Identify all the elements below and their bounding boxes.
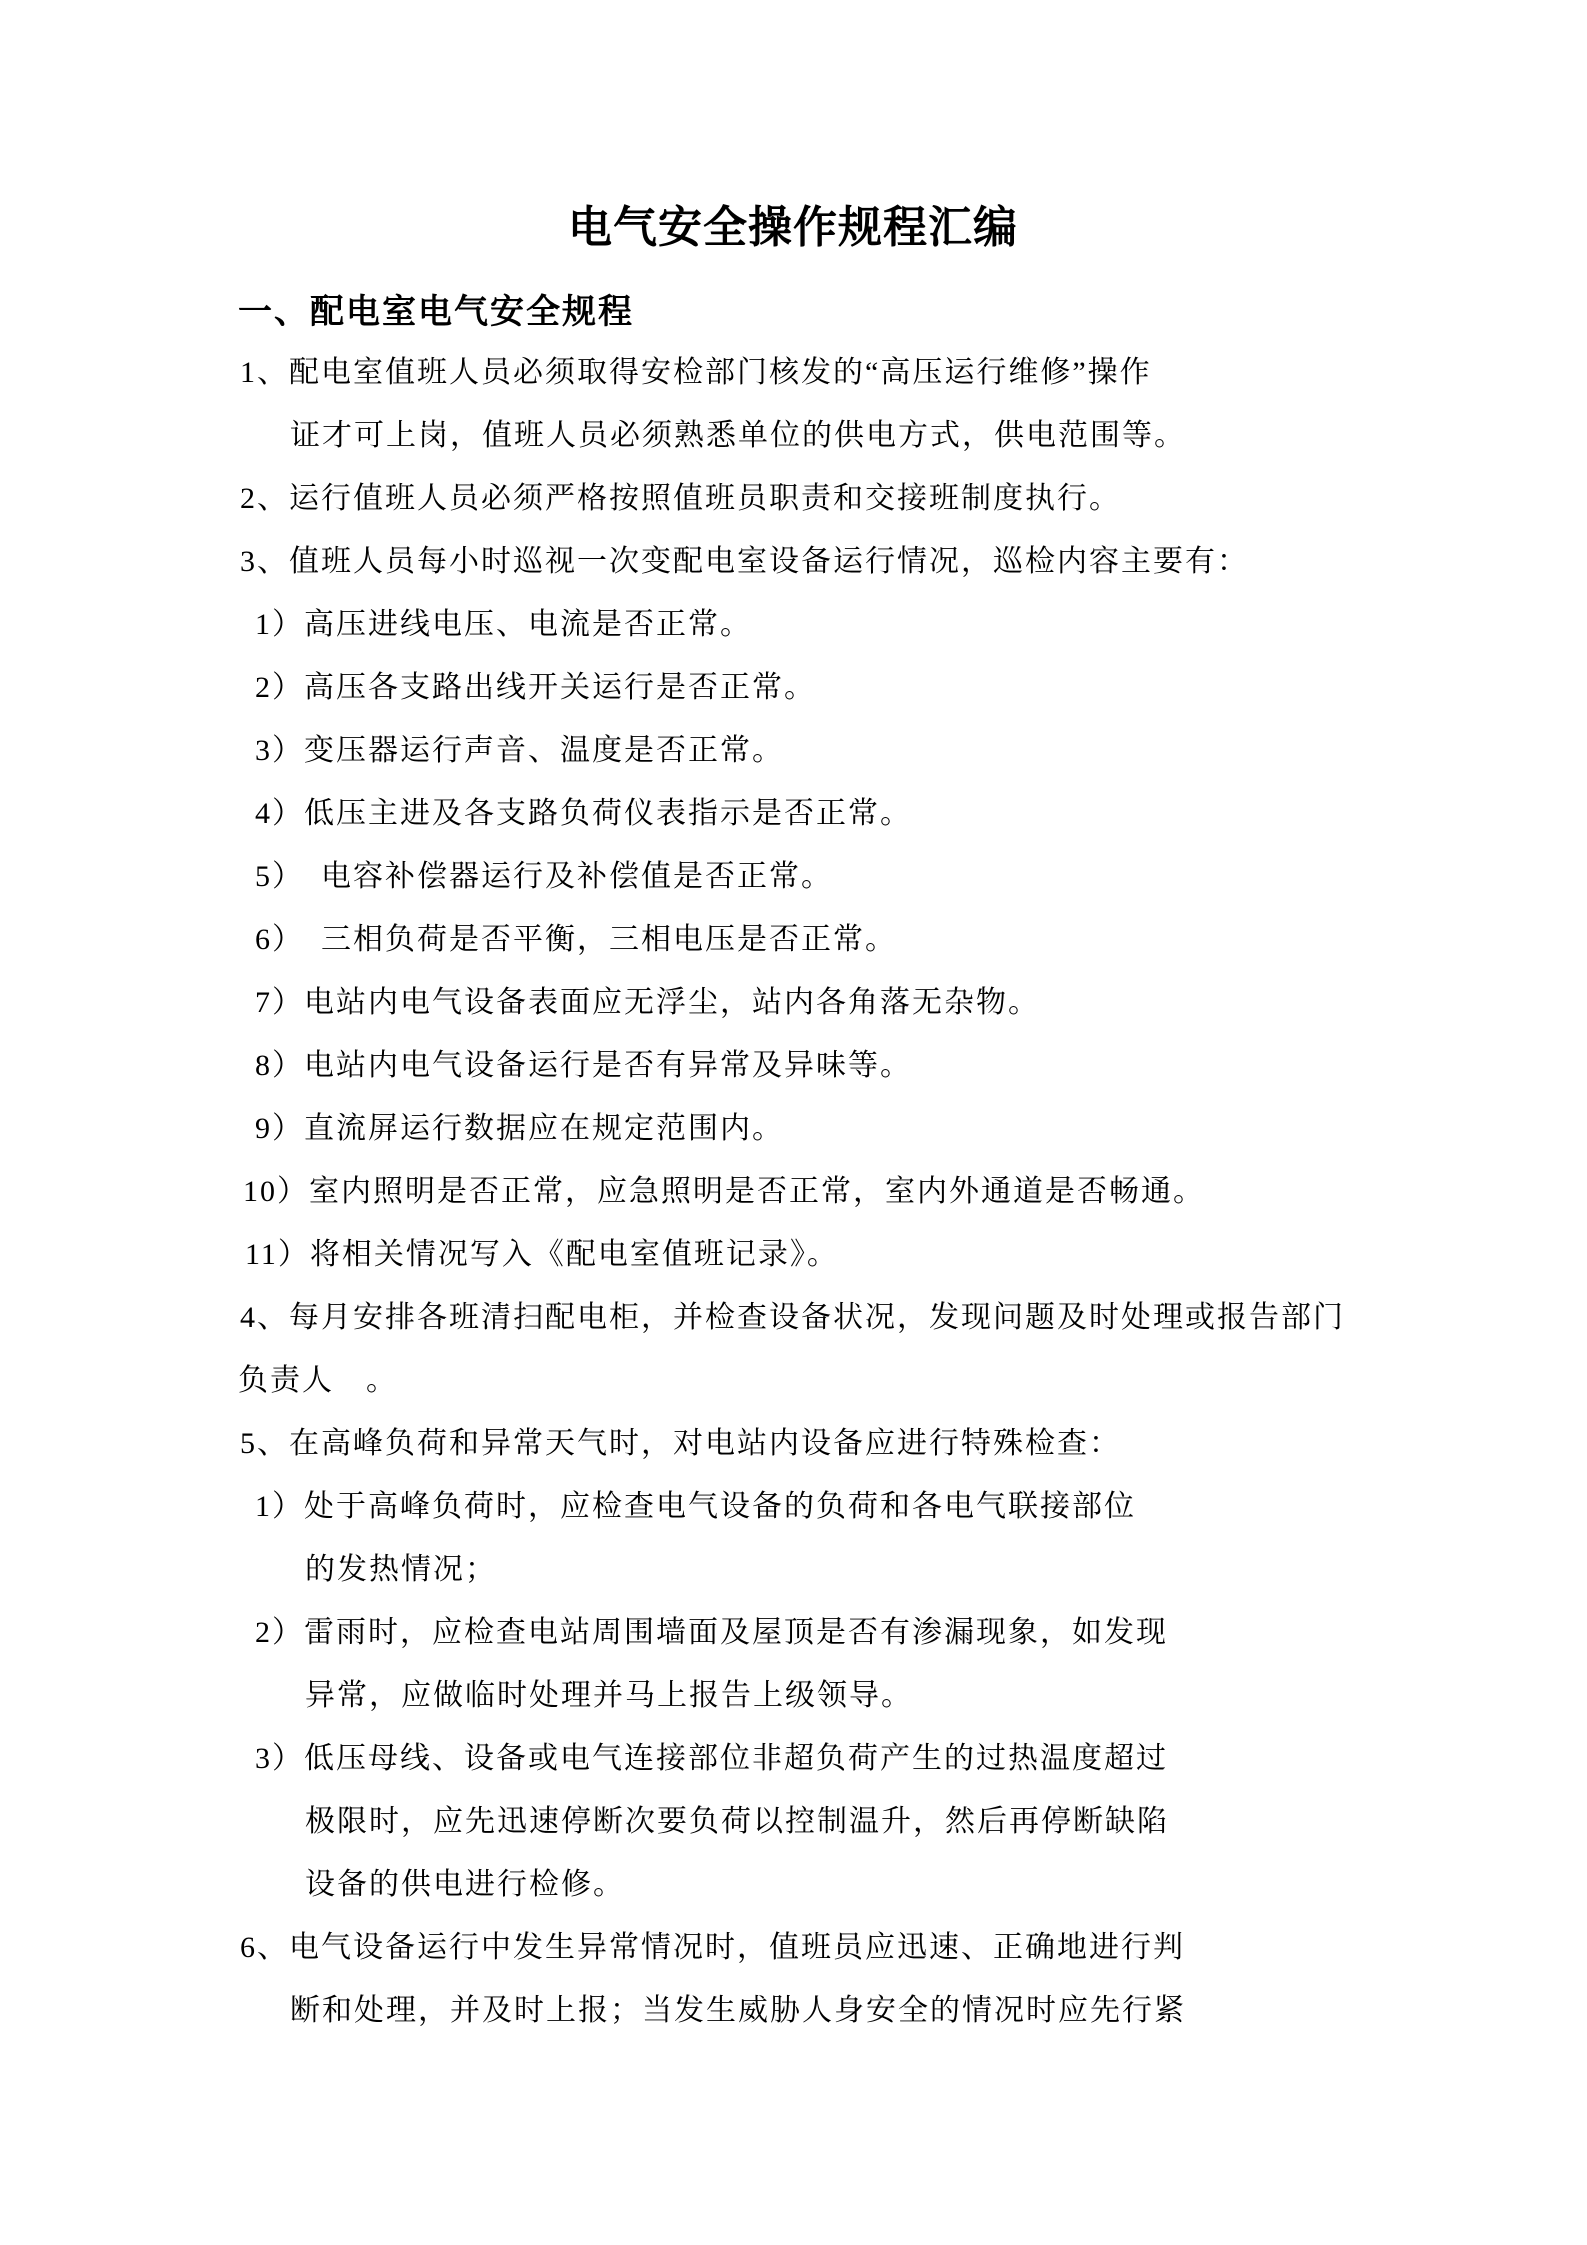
doc-line: 设备的供电进行检修。 (238, 1853, 1348, 1916)
doc-line: 1）高压进线电压、电流是否正常。 (238, 593, 1348, 656)
doc-line: 断和处理，并及时上报；当发生威胁人身安全的情况时应先行紧 (238, 1979, 1348, 2042)
doc-line: 6） 三相负荷是否平衡，三相电压是否正常。 (238, 908, 1348, 971)
doc-line: 11）将相关情况写入《配电室值班记录》。 (238, 1223, 1348, 1286)
doc-line: 负责人 。 (238, 1349, 1348, 1412)
doc-line: 6、电气设备运行中发生异常情况时，值班员应迅速、正确地进行判 (238, 1916, 1348, 1979)
doc-line: 极限时，应先迅速停断次要负荷以控制温升，然后再停断缺陷 (238, 1790, 1348, 1853)
document-page: 电气安全操作规程汇编 一、配电室电气安全规程 1、配电室值班人员必须取得安检部门… (0, 0, 1587, 2245)
doc-line: 证才可上岗，值班人员必须熟悉单位的供电方式，供电范围等。 (238, 404, 1348, 467)
doc-line: 8）电站内电气设备运行是否有异常及异味等。 (238, 1034, 1348, 1097)
doc-line: 2、运行值班人员必须严格按照值班员职责和交接班制度执行。 (238, 467, 1348, 530)
doc-line: 3、值班人员每小时巡视一次变配电室设备运行情况，巡检内容主要有： (238, 530, 1348, 593)
doc-line: 1、配电室值班人员必须取得安检部门核发的“高压运行维修”操作 (238, 341, 1348, 404)
doc-line: 3）低压母线、设备或电气连接部位非超负荷产生的过热温度超过 (238, 1727, 1348, 1790)
doc-line: 的发热情况； (238, 1538, 1348, 1601)
page-title: 电气安全操作规程汇编 (238, 0, 1348, 258)
doc-line: 7）电站内电气设备表面应无浮尘，站内各角落无杂物。 (238, 971, 1348, 1034)
document-content: 电气安全操作规程汇编 一、配电室电气安全规程 1、配电室值班人员必须取得安检部门… (238, 0, 1348, 2042)
doc-line: 5、在高峰负荷和异常天气时，对电站内设备应进行特殊检查： (238, 1412, 1348, 1475)
doc-line: 9）直流屏运行数据应在规定范围内。 (238, 1097, 1348, 1160)
doc-line: 5） 电容补偿器运行及补偿值是否正常。 (238, 845, 1348, 908)
doc-line: 2）高压各支路出线开关运行是否正常。 (238, 656, 1348, 719)
doc-line: 4）低压主进及各支路负荷仪表指示是否正常。 (238, 782, 1348, 845)
doc-line: 1）处于高峰负荷时，应检查电气设备的负荷和各电气联接部位 (238, 1475, 1348, 1538)
doc-line: 4、每月安排各班清扫配电柜，并检查设备状况，发现问题及时处理或报告部门 (238, 1286, 1348, 1349)
doc-line: 10）室内照明是否正常，应急照明是否正常，室内外通道是否畅通。 (238, 1160, 1348, 1223)
section-heading: 一、配电室电气安全规程 (238, 285, 1348, 341)
doc-line: 2）雷雨时，应检查电站周围墙面及屋顶是否有渗漏现象，如发现 (238, 1601, 1348, 1664)
doc-line: 3）变压器运行声音、温度是否正常。 (238, 719, 1348, 782)
doc-line: 异常，应做临时处理并马上报告上级领导。 (238, 1664, 1348, 1727)
